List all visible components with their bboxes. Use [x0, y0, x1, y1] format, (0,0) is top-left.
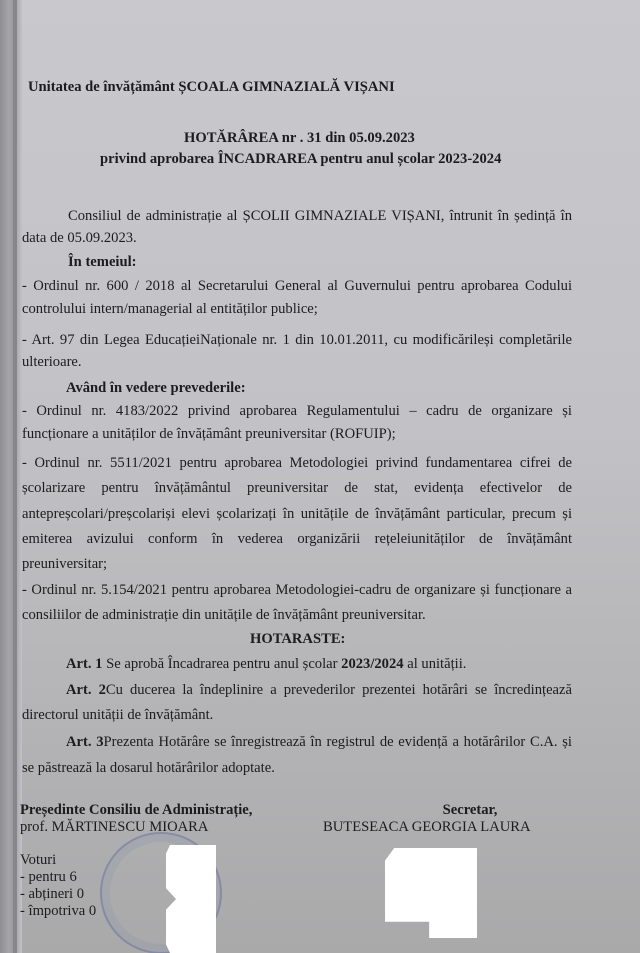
temeiul-item-2-line-1: - Art. 97 din Legea EducațieiNaționale n…: [22, 331, 572, 349]
temeiul-item-1-line-1: - Ordinul nr. 600 / 2018 al Secretarului…: [22, 277, 572, 295]
article-2-text: Cu ducerea la îndeplinire a prevederilor…: [106, 682, 572, 698]
intro-line-1: Consiliul de administrație al ȘCOLII GIM…: [68, 207, 572, 225]
prevederi-item-2-line-4: emiterea avizului conform în vederea org…: [22, 530, 572, 548]
article-3-line-2: se păstrează la dosarul hotărârilor adop…: [22, 759, 275, 777]
article-3-line-1: Art. 3Prezenta Hotărâre se înregistrează…: [66, 733, 572, 751]
article-2-label: Art. 2: [66, 682, 106, 698]
article-1-label: Art. 1: [66, 656, 102, 672]
intro-line-2: data de 05.09.2023.: [22, 229, 137, 247]
article-3-label: Art. 3: [66, 734, 104, 750]
votes-abstain: - abțineri 0: [20, 885, 84, 903]
article-2-line-2: directorul unității de învățământ.: [22, 706, 213, 724]
unit-prefix: Unitatea de învățământ: [28, 79, 178, 95]
prevederi-item-2-line-1: - Ordinul nr. 5511/2021 pentru aprobarea…: [22, 454, 572, 472]
secretary-title: Secretar,: [390, 801, 550, 819]
president-title: Președinte Consiliu de Administrație,: [20, 801, 252, 819]
prevederi-item-3-line-1: - Ordinul nr. 5.154/2021 pentru aprobare…: [22, 581, 572, 599]
school-header: Unitatea de învățământ ȘCOALA GIMNAZIALĂ…: [28, 78, 395, 96]
votes-for: - pentru 6: [20, 868, 77, 886]
prevederi-item-2-line-2: școlarizare pentru învățământul preunive…: [22, 479, 572, 497]
decision-heading: HOTARASTE:: [250, 630, 345, 648]
article-1-text-end: al unității.: [404, 656, 467, 672]
prevederi-item-1-line-1: - Ordinul nr. 4183/2022 privind aprobare…: [22, 402, 572, 420]
secretary-name: BUTESEACA GEORGIA LAURA: [323, 818, 531, 836]
article-1-year: 2023/2024: [341, 656, 403, 672]
redacted-signature-secretary: [385, 848, 477, 938]
article-3-text: Prezenta Hotărâre se înregistrează în re…: [104, 734, 572, 750]
article-1-text: Se aprobă Încadrarea pentru anul școlar: [102, 656, 341, 672]
article-2-line-1: Art. 2Cu ducerea la îndeplinire a preved…: [66, 681, 572, 699]
prevederi-item-2-line-3: antepreșcolari/preșcolariși elevi școlar…: [22, 505, 572, 523]
votes-heading: Voturi: [20, 851, 56, 869]
prevederi-heading: Având în vedere prevederile:: [66, 379, 246, 397]
prevederi-item-3-line-2: consiliilor de administrație din unități…: [22, 606, 426, 624]
prevederi-item-1-line-2: funcționare a unităților de învățământ p…: [22, 425, 396, 443]
decision-subject-title: privind aprobarea ÎNCADRAREA pentru anul…: [100, 150, 501, 168]
prevederi-item-2-line-5: preuniversitar;: [22, 555, 107, 573]
unit-name: ȘCOALA GIMNAZIALĂ VIȘANI: [178, 79, 394, 95]
article-1: Art. 1 Se aprobă Încadrarea pentru anul …: [66, 655, 466, 673]
decision-number-title: HOTĂRÂREA nr . 31 din 05.09.2023: [184, 129, 415, 147]
temeiul-item-2-line-2: ulterioare.: [22, 353, 82, 371]
page-binding-edge: [0, 0, 22, 953]
temeiul-heading: În temeiul:: [68, 253, 137, 271]
president-name: prof. MĂRTINESCU MIOARA: [20, 818, 208, 836]
votes-against: - împotriva 0: [20, 902, 96, 920]
temeiul-item-1-line-2: controlului intern/managerial al entităț…: [22, 300, 318, 318]
